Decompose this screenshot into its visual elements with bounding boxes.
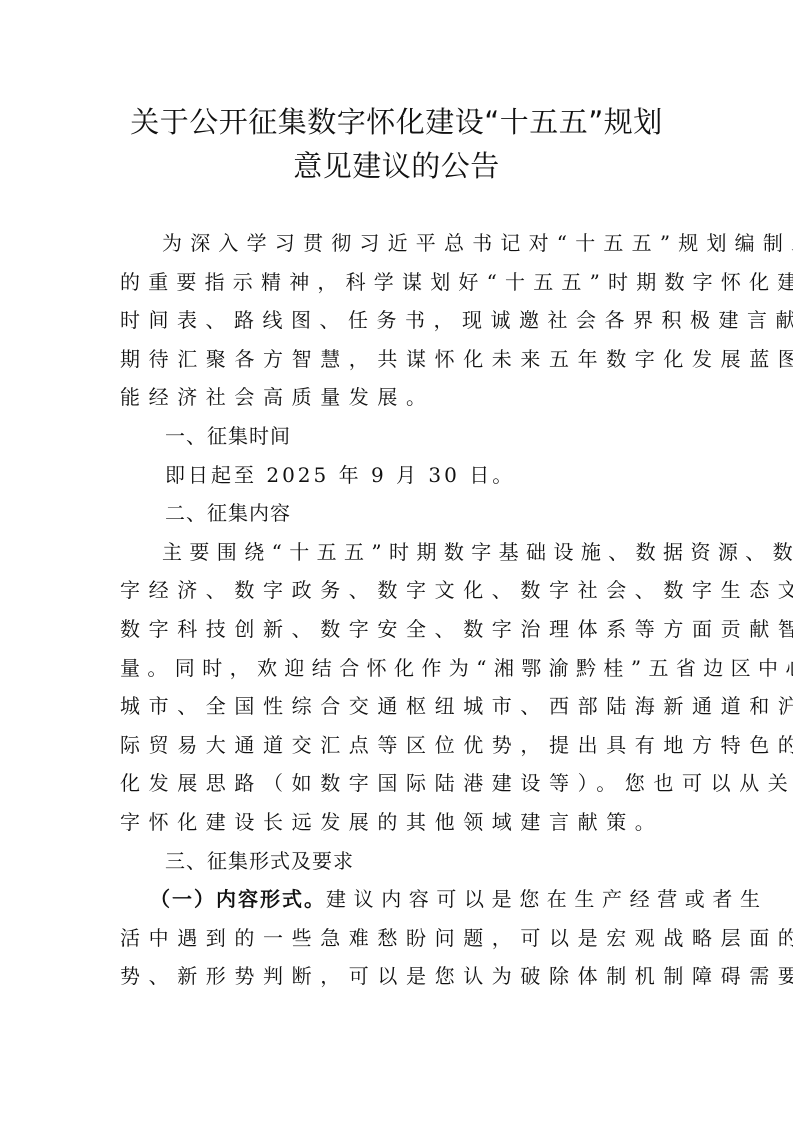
- content-line: 城市、全国性综合交通枢纽城市、西部陆海新通道和沪昆国: [120, 687, 676, 726]
- document-page: 关于公开征集数字怀化建设“十五五”规划 意见建议的公告 为深入学习贯彻习近平总书…: [0, 0, 793, 1122]
- collection-time-content: 即日起至 2025 年 9 月 30 日。: [120, 456, 676, 495]
- content-form-line: 活中遇到的一些急难愁盼问题，可以是宏观战略层面的新趋: [120, 919, 676, 958]
- intro-line: 期待汇聚各方智慧，共谋怀化未来五年数字化发展蓝图，赋: [120, 340, 676, 379]
- content-form-paragraph: （一）内容形式。建议内容可以是您在生产经营或者生 活中遇到的一些急难愁盼问题，可…: [120, 880, 676, 996]
- content-line: 际贸易大通道交汇点等区位优势，提出具有地方特色的数字: [120, 726, 676, 765]
- document-title-line-2: 意见建议的公告: [0, 144, 793, 188]
- section-heading-collection-content: 二、征集内容: [120, 494, 676, 533]
- intro-line: 能经济社会高质量发展。: [120, 378, 676, 417]
- intro-line: 为深入学习贯彻习近平总书记对“十五五”规划编制工作: [120, 224, 676, 263]
- content-line: 主要围绕“十五五”时期数字基础设施、数据资源、数: [120, 533, 676, 572]
- content-line: 化发展思路（如数字国际陆港建设等）。您也可以从关系数: [120, 764, 676, 803]
- content-form-first-line: （一）内容形式。建议内容可以是您在生产经营或者生: [120, 880, 676, 919]
- intro-line: 的重要指示精神，科学谋划好“十五五”时期数字怀化建设的: [120, 263, 676, 302]
- content-form-lead: （一）内容形式。: [150, 887, 326, 911]
- content-line: 数字科技创新、数字安全、数字治理体系等方面贡献智慧力: [120, 610, 676, 649]
- content-line: 量。同时，欢迎结合怀化作为“湘鄂渝黔桂”五省边区中心: [120, 649, 676, 688]
- section-heading-collection-form: 三、征集形式及要求: [120, 842, 676, 881]
- content-line: 字怀化建设长远发展的其他领域建言献策。: [120, 803, 676, 842]
- collection-content-paragraph: 主要围绕“十五五”时期数字基础设施、数据资源、数 字经济、数字政务、数字文化、数…: [120, 533, 676, 842]
- intro-paragraph: 为深入学习贯彻习近平总书记对“十五五”规划编制工作 的重要指示精神，科学谋划好“…: [120, 224, 676, 417]
- content-line: 字经济、数字政务、数字文化、数字社会、数字生态文明、: [120, 571, 676, 610]
- section-heading-collection-time: 一、征集时间: [120, 417, 676, 456]
- document-title-line-1: 关于公开征集数字怀化建设“十五五”规划: [0, 100, 793, 144]
- document-body: 为深入学习贯彻习近平总书记对“十五五”规划编制工作 的重要指示精神，科学谋划好“…: [120, 224, 676, 996]
- content-form-first-line-text: 建议内容可以是您在生产经营或者生: [326, 887, 768, 911]
- content-form-line: 势、新形势判断，可以是您认为破除体制机制障碍需要推动: [120, 957, 676, 996]
- intro-line: 时间表、路线图、任务书，现诚邀社会各界积极建言献策，: [120, 301, 676, 340]
